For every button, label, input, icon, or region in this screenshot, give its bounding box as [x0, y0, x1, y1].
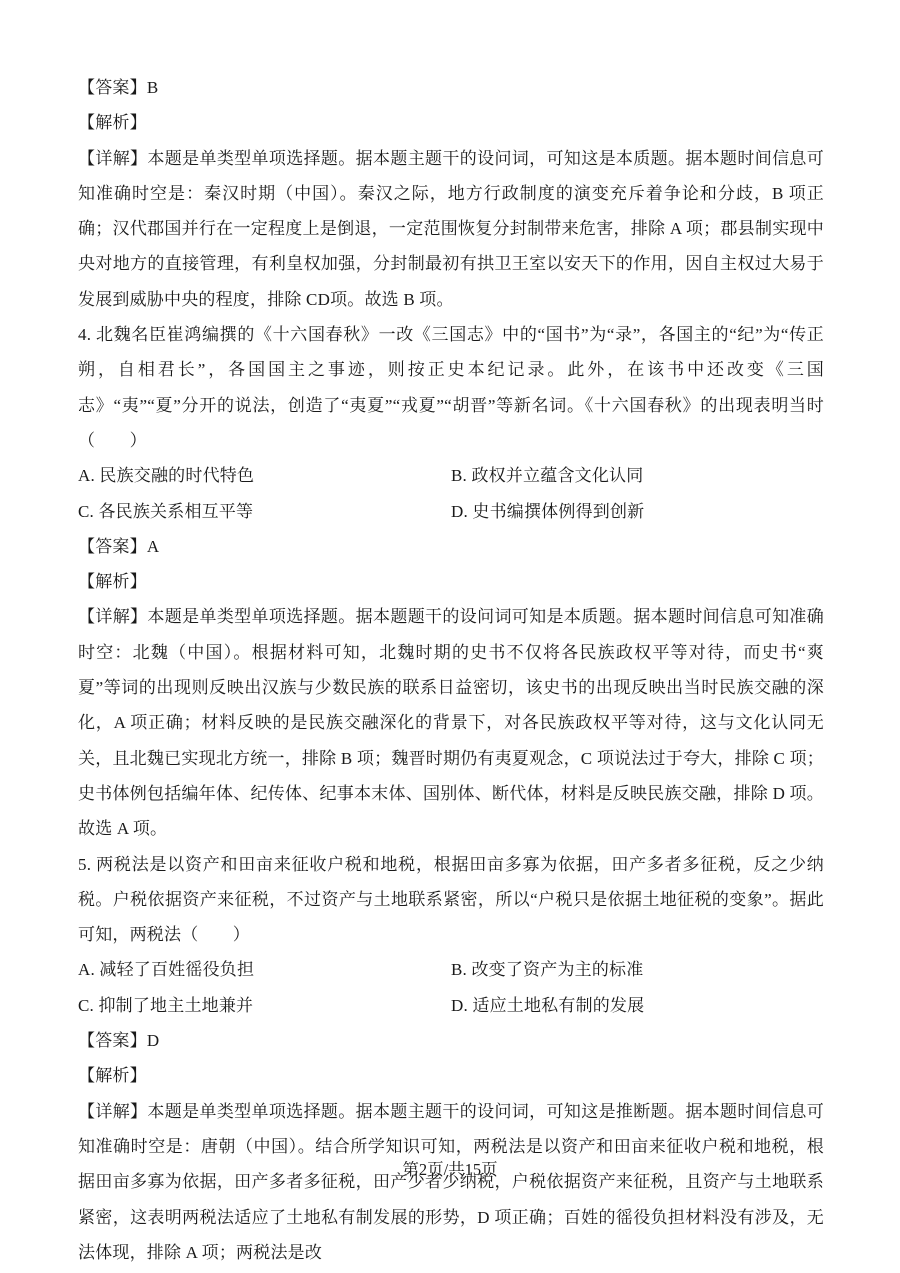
q5-answer-line: 【答案】D	[78, 1023, 824, 1058]
q4-option-c: C. 各民族关系相互平等	[78, 494, 451, 529]
q3-answer-label: 【答案】	[78, 78, 147, 97]
q5-stem: 5. 两税法是以资产和田亩来征收户税和地税，根据田亩多寡为依据，田产多者多征税，…	[78, 847, 824, 953]
q4-detail-paragraph: 【详解】本题是单类型单项选择题。据本题题干的设问词可知是本质题。据本题时间信息可…	[78, 599, 824, 846]
q4-option-b: B. 政权并立蕴含文化认同	[451, 458, 824, 493]
q5-option-d: D. 适应土地私有制的发展	[451, 988, 824, 1023]
q5-option-a: A. 减轻了百姓徭役负担	[78, 952, 451, 987]
q4-analysis-label: 【解析】	[78, 564, 824, 599]
q5-options-row-2: C. 抑制了地主土地兼并 D. 适应土地私有制的发展	[78, 988, 824, 1023]
q4-answer-line: 【答案】A	[78, 529, 824, 564]
exam-answer-page: 【答案】B 【解析】 【详解】本题是单类型单项选择题。据本题主题干的设问词，可知…	[0, 0, 900, 1273]
q5-answer-label: 【答案】	[78, 1031, 147, 1050]
q4-answer-label: 【答案】	[78, 537, 147, 556]
q4-options-row-1: A. 民族交融的时代特色 B. 政权并立蕴含文化认同	[78, 458, 824, 493]
page-content: 【答案】B 【解析】 【详解】本题是单类型单项选择题。据本题主题干的设问词，可知…	[78, 70, 824, 1270]
q5-analysis-label: 【解析】	[78, 1058, 824, 1093]
q3-answer-value: B	[147, 78, 159, 97]
page-number-footer: 第2页/共15页	[0, 1156, 900, 1180]
q4-option-a: A. 民族交融的时代特色	[78, 458, 451, 493]
q3-answer-line: 【答案】B	[78, 70, 824, 105]
q4-options-row-2: C. 各民族关系相互平等 D. 史书编撰体例得到创新	[78, 494, 824, 529]
q3-detail-paragraph: 【详解】本题是单类型单项选择题。据本题主题干的设问词，可知这是本质题。据本题时间…	[78, 141, 824, 317]
q5-answer-value: D	[147, 1031, 159, 1050]
q4-option-d: D. 史书编撰体例得到创新	[451, 494, 824, 529]
q5-option-c: C. 抑制了地主土地兼并	[78, 988, 451, 1023]
q5-detail-paragraph: 【详解】本题是单类型单项选择题。据本题主题干的设问词，可知这是推断题。据本题时间…	[78, 1094, 824, 1270]
q5-options-row-1: A. 减轻了百姓徭役负担 B. 改变了资产为主的标准	[78, 952, 824, 987]
q4-stem: 4. 北魏名臣崔鸿编撰的《十六国春秋》一改《三国志》中的“国书”为“录”，各国主…	[78, 317, 824, 458]
q4-answer-value: A	[147, 537, 159, 556]
q5-option-b: B. 改变了资产为主的标准	[451, 952, 824, 987]
q3-analysis-label: 【解析】	[78, 105, 824, 140]
